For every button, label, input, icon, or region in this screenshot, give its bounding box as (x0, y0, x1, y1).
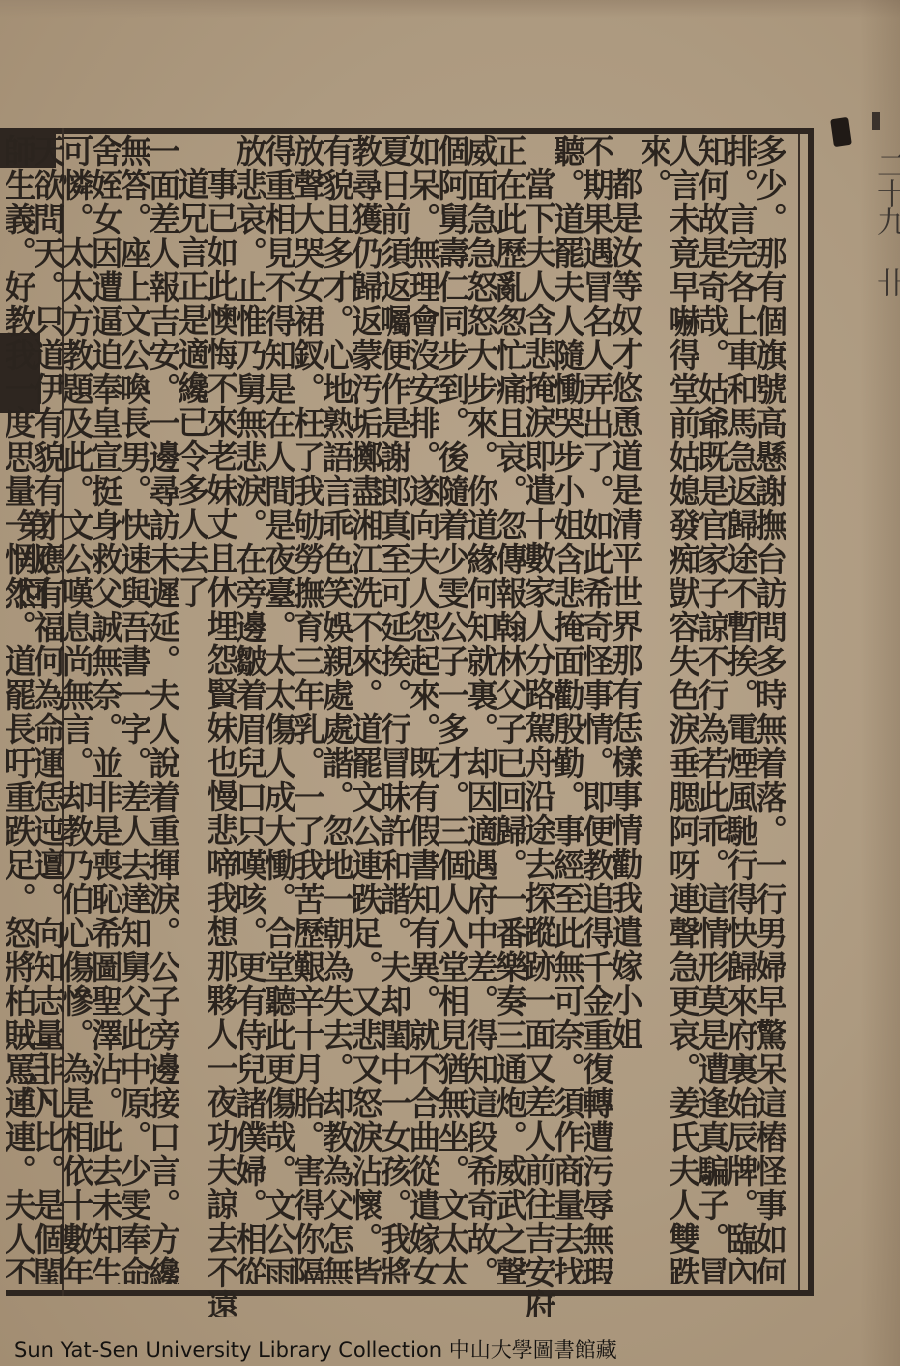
page-top-edge (0, 0, 900, 18)
text-column: 當下夫人含悲掩淚即遣十數家人分路駕舟沿途去探蹤跡一面又差人前往吉安府中報知杏圃 (526, 134, 555, 1317)
text-column: 個阿舅壽仁同步到。後隨着少雯公子一多才。三個人入堂相見猶無坐。文太太急訴其情把淚… (439, 134, 468, 1284)
text-column: 聽。道罷夫人隨慟哭步小姐含悲掩面勸殷勤。事經至此無可奈。須作商量去找尋。 (555, 134, 584, 1284)
text-column: 有貌且多才。心地熟語言乖色笑娛親處處諧。忽地一朝為失去。却教為父怎無哀。夫人當下… (324, 134, 353, 1284)
margin-tick-mark (872, 112, 880, 130)
text-column: 教尋獲仍歸返蒙汚垢擲盡湘江洗不來。道罷文公連跌足。又悲又怒淚沾懷。皆因只此單生女… (353, 134, 382, 1284)
text-column: 排。言完各上車和馬急返歸途不暫挨。電煙風馳行得快歸來府裏始辰牌。臨內院上台階。告… (728, 134, 757, 1284)
text-column: 事已如此懊悔不來老妹丈且休埋怨賢妹也慢悲啼我想那夥人一夜功夫諒去不遠即速遣人分頭… (208, 134, 237, 1317)
text-column: 人言未竟早嚇得堂前姑媳發痴獃容失色淚垂腮阿呀連聲急更哀。姜氏夫人雙跌足含嗔含恨把… (670, 134, 699, 1284)
text-column: 師生義。好教我一度思量一惘然。道罷長吁重跌足。怒將柏賊罵連連。夫人不免同傷感。接… (6, 134, 35, 1284)
text-column: 威面急急怒怒大步來。你道緣何知就裏。却因適遇府中差。得知這段希奇故。深怪夫人欠主… (468, 134, 497, 1284)
text-column: 都是汝等奴才悠恿道是清平世界那有恁樣事情勸我遣嫁小姐 (613, 134, 642, 1317)
text-column: 放聲大哭女裙釵。枉了我劬勞撫育三年乳。一了我苦歷艱辛十月胎。害得你隔斷家鄉離骨肉… (295, 134, 324, 1284)
text-column: 無答。座上文公喚長男。快速與吾書一字。差人去達知舅父此中原。少雯奉命忙提筆。夫人… (122, 134, 151, 1284)
text-column: 來。 (642, 134, 671, 1284)
text-column: 放悲哀。止惟乃舅無悲淚。在旁邊皺着眉兒口只嘆咳。更有侍兒諸僕婦。相從一片哭聲皆。… (237, 134, 266, 1284)
text-column: 舍姪女因遭逼迫奉皇宣挺身救父誠無奈。並非是喪恥希圖聖澤沾。此去未知生是死。關山迢… (93, 134, 122, 1284)
text-column: 一面差人報吉安。一邊尋訪未遲延。夫人說着重揮淚。公子旁邊接口言。方纔那差去吉安人… (150, 134, 179, 1284)
folio-number: 二十九 卝 (866, 150, 900, 295)
text-column: 天欲問天。只道伊有貌有才應有福何為命運恁迍邅。向知志量非凡比。是個閨中女俊賢。此… (35, 134, 64, 1284)
text-column: 不期果遇冒名人弄出了。如此希奇怪事情。即便教追得千金重復轉遭污辱無瑕白璧定沾塵。… (584, 134, 613, 1284)
text-column: 多少。那有個旗號高懸謝撫台訪問多時無着落。一行男婦早驚呆這樁怪事如何好。快轉城中… (757, 134, 786, 1284)
text-column: 夏日前須返囑便作是謝郎真至可延挨。行冒昧許和諧。夫却閨中一女孩。我將他珍重兒如珠… (382, 134, 411, 1284)
scanned-book-page: 二十九 卝 第八回 三六 多少。那有個旗號高懸謝撫台訪問多時無着落。一行男婦早驚… (0, 0, 900, 1366)
text-column: 道兄言正是適纔已令多人去了 (179, 134, 208, 1317)
text-column: 正在此歷亂怱忙痛且哀。忽傳報翰林父子已回歸。一番樂奏三通炮。威武之聲達內階。學士… (497, 134, 526, 1284)
library-collection-caption: Sun Yat-Sen University Library Collectio… (14, 1334, 617, 1364)
ink-corner-mark (830, 117, 852, 147)
text-column: 知何故是奇哉。姑爺既是官家子諒不行為若此乖。這情形莫是遭逢真騙子。冒名拐去女裙釵… (699, 134, 728, 1284)
text-column: 可憐。太太方教題及此。文公嘆息尚無言。却教乃伯心傷慘。為是相依十數年親愛分如父女… (64, 134, 93, 1284)
vertical-text-body: 多少。那有個旗號高懸謝撫台訪問多時無着落。一行男婦早驚呆這樁怪事如何好。快轉城中… (6, 134, 794, 1290)
text-column: 如呆。無理會沒安排。遂向夫人怨起來。既有假書知有異。就不合曲從遣嫁女裙釵。夫人素… (410, 134, 439, 1284)
frame-inner-rule (798, 134, 800, 1290)
text-column: 得重相見不得知是在人間是夜臺。太太傷人成大慟。合堂聽此更傷哉。文公雨淚如泉下。塞… (266, 134, 295, 1284)
